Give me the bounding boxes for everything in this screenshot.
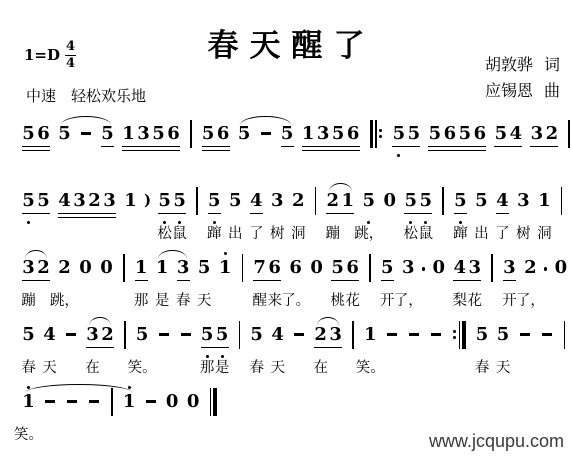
note-group: 5656 — [427, 116, 487, 176]
dash-bar — [45, 400, 55, 403]
octave-dot-slot — [502, 250, 517, 257]
note-group: 5那5是 — [200, 317, 230, 377]
dash-bar — [181, 333, 191, 336]
underline — [58, 213, 116, 214]
octave-dot-slot — [452, 250, 467, 257]
note-cell: 1 — [123, 183, 138, 243]
note-digit: 2 — [88, 190, 101, 212]
underline — [135, 280, 148, 281]
lyric: 鼠 — [172, 225, 187, 243]
underline — [302, 146, 360, 147]
underline — [404, 213, 432, 214]
octave-dot-below — [424, 221, 427, 224]
lyric: 春 — [21, 359, 36, 377]
octave-dot-below — [409, 221, 412, 224]
lyric: 出 — [228, 225, 243, 243]
note: 0 — [553, 250, 568, 310]
octave-dot-slot — [544, 116, 559, 123]
underline — [503, 280, 516, 281]
note-digit: 1 — [342, 190, 355, 212]
octave-dot-slot — [57, 219, 72, 225]
octave-dot-slot — [218, 286, 233, 292]
note-cell: 6了。 — [288, 250, 303, 310]
note-group: 2蹦1 — [325, 183, 355, 243]
octave-dot-slot — [57, 152, 72, 158]
octave-dot-slot — [280, 152, 295, 158]
repeat-dot — [379, 129, 382, 132]
octave-dot-below — [27, 221, 30, 224]
note: 5春 — [249, 317, 264, 377]
octave-dot-slot — [382, 219, 397, 225]
octave-dot-slot — [57, 183, 72, 190]
music-line-3: 3蹦22跳，001那1是3春5天17醒6来6了。05桃6花5开3了，04梨3花3… — [18, 250, 572, 310]
lyric: 花 — [345, 292, 360, 310]
underline — [381, 280, 394, 281]
note: 0 — [431, 250, 446, 310]
octave-dot-slot — [42, 317, 57, 324]
underline-space — [270, 346, 285, 353]
note-digit: 5 — [393, 123, 406, 145]
note-digit: 1 — [156, 257, 169, 279]
octave-dot-slot — [457, 116, 472, 123]
note-cell: 2跳， — [57, 250, 72, 310]
note-cell: 4天 — [42, 317, 57, 377]
underline — [86, 347, 114, 348]
note-digit: 3 — [73, 190, 86, 212]
note-cell: 3了， — [401, 250, 416, 310]
lyric: 洞 — [291, 225, 306, 243]
bar-line — [564, 321, 566, 349]
octave-dot-slot — [493, 116, 508, 123]
octave-dot-slot — [529, 116, 544, 123]
dash — [66, 317, 76, 336]
note-cell: 5春 — [475, 317, 490, 377]
octave-dot-slot — [427, 152, 442, 158]
octave-dot-slot — [200, 317, 215, 324]
octave-dot-slot — [431, 286, 446, 292]
dash — [542, 317, 552, 336]
note-cell: 5蹿 — [453, 183, 468, 243]
bar-line — [459, 321, 461, 349]
note: 5出 — [228, 183, 243, 243]
octave-dot-slot — [427, 116, 442, 123]
note: 5天 — [496, 317, 511, 377]
note-cell: 5开 — [380, 250, 395, 310]
underline — [253, 280, 281, 281]
octave-dot-slot — [21, 219, 36, 225]
lyric: 松 — [157, 225, 172, 243]
lyric: 那 — [134, 292, 149, 310]
octave-dot-slot — [87, 219, 102, 225]
octave-dot-slot — [21, 116, 36, 123]
octave-dot-slot — [78, 250, 93, 257]
octave-dot-slot — [475, 317, 490, 324]
note: 1是 — [155, 250, 170, 310]
note-cell: 1那 — [134, 250, 149, 310]
dash — [431, 317, 441, 336]
note-digit: 5 — [250, 324, 263, 346]
octave-dot-slot — [406, 152, 421, 158]
octave-dot-slot — [102, 183, 117, 190]
note-group: 5松5鼠 — [403, 183, 433, 243]
composer-role: 曲 — [544, 81, 560, 100]
octave-dot-slot — [123, 219, 138, 225]
bar-line — [315, 187, 317, 215]
octave-dot-slot — [100, 353, 115, 359]
octave-dot-slot — [249, 317, 264, 324]
lyric: 春 — [475, 359, 490, 377]
note-digit: 5 — [454, 190, 467, 212]
octave-dot-slot — [288, 250, 303, 257]
octave-dot-slot — [467, 250, 482, 257]
note-cell: 4了 — [249, 183, 264, 243]
note: 0 — [186, 384, 201, 444]
note: 0 — [309, 250, 324, 310]
note-cell: 5笑。 — [135, 317, 150, 377]
note-cell: 5 — [57, 116, 72, 176]
underline — [202, 150, 230, 151]
octave-dot-slot — [72, 183, 87, 190]
note-digit: 6 — [167, 123, 180, 145]
octave-dot-slot — [121, 116, 136, 123]
note-digit: 1 — [124, 190, 137, 212]
note-cell: 0 — [309, 250, 324, 310]
note-cell: 5 — [237, 116, 252, 176]
repeat-dot — [379, 135, 382, 138]
lyric: 天 — [42, 359, 57, 377]
watermark-url: www.jcqupu.com — [429, 431, 564, 452]
note-group: 7醒6来 — [252, 250, 282, 310]
lyric: 蹦 — [21, 292, 36, 310]
note-digit: 6 — [347, 123, 360, 145]
bar-line — [491, 254, 493, 282]
bar-line — [352, 321, 354, 349]
underline-space — [197, 279, 212, 286]
note-cell: 1笑。 — [363, 317, 378, 377]
underline-space — [21, 413, 36, 420]
underline — [250, 213, 263, 214]
note-digit: 5 — [495, 123, 508, 145]
dash — [181, 317, 191, 336]
lyric: 树 — [516, 225, 531, 243]
barline — [560, 183, 564, 215]
octave-dot-slot — [186, 420, 201, 426]
octave-dot-slot — [472, 116, 487, 123]
octave-dot-slot — [553, 286, 568, 292]
bar-line — [190, 120, 192, 148]
dash — [387, 317, 397, 336]
note-digit: 6 — [268, 257, 281, 279]
dash-bar — [520, 333, 530, 336]
note-cell: 2了， — [523, 250, 538, 310]
note-digit: 1 — [364, 324, 377, 346]
note-group: 56 — [201, 116, 231, 176]
octave-dot-slot — [553, 250, 568, 257]
underline-space — [475, 346, 490, 353]
underline — [122, 150, 180, 151]
octave-dot-below — [178, 221, 181, 224]
note: 0 — [99, 250, 114, 310]
underline — [22, 213, 50, 214]
note-digit: 0 — [79, 257, 92, 279]
octave-dot-slot — [228, 183, 243, 190]
slur — [25, 384, 133, 393]
underline-space — [363, 346, 378, 353]
note: 5春 — [475, 317, 490, 377]
note-digit: 5 — [281, 123, 294, 145]
note-digit: 3 — [317, 123, 330, 145]
barline — [238, 317, 242, 349]
note: 5 — [237, 116, 252, 176]
note-cell: 4了 — [495, 183, 510, 243]
underline-space — [537, 212, 552, 219]
note-cell: 5春 — [249, 317, 264, 377]
note-digit: 6 — [346, 257, 359, 279]
note-digit: 0 — [555, 257, 568, 279]
octave-dot-slot — [165, 420, 180, 426]
note-digit: 1 — [22, 391, 35, 413]
underline — [530, 146, 558, 147]
underline — [326, 213, 354, 214]
dash-bar — [159, 333, 169, 336]
bar-line — [568, 120, 570, 148]
underline-space — [309, 279, 324, 286]
octave-dot-below — [397, 154, 400, 157]
lyric: 开 — [502, 292, 517, 310]
underline — [453, 280, 481, 281]
underline — [496, 213, 509, 214]
note-cell: 1笑。 — [21, 384, 36, 444]
barline — [314, 183, 318, 215]
dash-bar — [67, 400, 77, 403]
octave-dot-slot — [331, 152, 346, 158]
lyric: 了， — [394, 292, 423, 310]
note-digit: 2 — [101, 324, 114, 346]
lyric: 笑。 — [356, 359, 385, 377]
note-cell: 0 — [431, 250, 446, 310]
repeat-dot — [453, 336, 456, 339]
duration-dot — [422, 250, 426, 271]
note-group: 4梨3花 — [452, 250, 482, 310]
music-line-2: 5543231)5松5鼠5蹿5出4了3树2洞2蹦15跳，05松5鼠5蹿5出4了3… — [18, 183, 572, 243]
lyric: 天 — [197, 292, 212, 310]
octave-dot-below — [221, 355, 224, 358]
note-digit: 3 — [271, 190, 284, 212]
octave-dot-slot — [151, 152, 166, 158]
octave-dot-slot — [100, 152, 115, 158]
note-digit: 2 — [546, 123, 559, 145]
lyric: 天 — [496, 359, 511, 377]
octave-dot-slot — [122, 420, 137, 426]
barline — [441, 183, 445, 215]
note: 3了， — [401, 250, 416, 310]
octave-dot-slot — [102, 219, 117, 225]
tempo-marking: 中速轻松欢乐地 — [26, 85, 146, 106]
underline-space — [165, 413, 180, 420]
underline — [58, 217, 116, 218]
octave-dot-slot — [201, 152, 216, 158]
lyric: 了。 — [281, 292, 310, 310]
bar-line — [369, 254, 371, 282]
underline-space — [496, 346, 511, 353]
octave-dot-slot — [529, 152, 544, 158]
underline-space — [401, 279, 416, 286]
octave-dot-slot — [216, 152, 231, 158]
lyric: 了 — [495, 225, 510, 243]
octave-dot-slot — [406, 116, 421, 123]
lyric: 洞 — [537, 225, 552, 243]
lyric: 了 — [249, 225, 264, 243]
note-group: 1356 — [121, 116, 181, 176]
octave-dot-slot — [207, 183, 222, 190]
composer-credit: 应锡恩曲 — [485, 78, 560, 104]
lyric: 那 — [200, 359, 215, 377]
underline-space — [122, 413, 137, 420]
score: 565513565655135655565654325543231)5松5鼠5蹿… — [0, 116, 572, 444]
octave-dot-slot — [21, 152, 36, 158]
dash-bar — [431, 333, 441, 336]
note-digit: 5 — [381, 257, 394, 279]
note-digit: 5 — [202, 123, 215, 145]
note-digit: 5 — [459, 123, 472, 145]
octave-dot-slot — [172, 183, 187, 190]
note: 4天 — [42, 317, 57, 377]
lyric: 梨 — [453, 292, 468, 310]
note-digit: 5 — [408, 123, 421, 145]
underline — [302, 150, 360, 151]
note-cell: 0 — [78, 250, 93, 310]
lyric: 蹿 — [453, 225, 468, 243]
note-digit: 5 — [152, 123, 165, 145]
underline — [428, 146, 486, 147]
underline — [208, 213, 221, 214]
underline-space — [135, 346, 150, 353]
octave-dot-slot — [291, 183, 306, 190]
underline-space — [361, 212, 376, 219]
underline — [281, 146, 294, 147]
note-digit: 5 — [208, 190, 221, 212]
note-digit: 6 — [37, 123, 50, 145]
barline — [369, 116, 384, 148]
underline — [101, 146, 114, 147]
dash — [159, 317, 169, 336]
music-line-1: 56551356565513565556565432 — [18, 116, 572, 176]
note-digit: 0 — [384, 190, 397, 212]
note-cell: 5蹿 — [207, 183, 222, 243]
slur-end-mark: ) — [144, 183, 151, 209]
octave-dot-slot — [215, 317, 230, 324]
bar-line — [239, 321, 241, 349]
dash-bar — [294, 333, 304, 336]
repeat-dots — [453, 321, 456, 349]
underline — [331, 280, 359, 281]
note-digit: 5 — [238, 123, 251, 145]
octave-dot-slot — [166, 116, 181, 123]
octave-dot-slot — [216, 116, 231, 123]
underline-space — [553, 279, 568, 286]
octave-dot-slot — [316, 116, 331, 123]
note-cell: 3开 — [502, 250, 517, 310]
bar-line — [561, 187, 563, 215]
octave-dot-slot — [537, 183, 552, 190]
lyric: 跳， — [50, 292, 79, 310]
note-digit: 5 — [136, 324, 149, 346]
barline — [563, 317, 567, 349]
lyric: 笑。 — [128, 359, 157, 377]
lyric: 出 — [474, 225, 489, 243]
lyric: 蹿 — [207, 225, 222, 243]
underline-space — [237, 145, 252, 152]
underline — [177, 280, 190, 281]
note: 2洞 — [291, 183, 306, 243]
underline-space — [474, 212, 489, 219]
header: 1=D 4 4 春天醒了 胡敦骅词 应锡恩曲 中速轻松欢乐地 — [0, 0, 572, 108]
underline-space — [288, 279, 303, 286]
lyric: 花 — [468, 292, 483, 310]
note: 4天 — [270, 317, 285, 377]
octave-dot-slot — [36, 286, 51, 292]
octave-dot-slot — [252, 250, 267, 257]
note-digit: 4 — [510, 123, 523, 145]
note-digit: 5 — [22, 190, 35, 212]
underline — [122, 146, 180, 147]
underline-space — [516, 212, 531, 219]
underline-space — [186, 413, 201, 420]
note-digit: 4 — [496, 190, 509, 212]
note-digit: 5 — [58, 123, 71, 145]
note: 0 — [382, 183, 397, 243]
barline — [567, 116, 571, 148]
lyric: 了， — [516, 292, 545, 310]
note-digit: 6 — [474, 123, 487, 145]
underline-space — [21, 346, 36, 353]
underline — [201, 347, 229, 348]
barline — [351, 317, 355, 349]
note: 5春 — [21, 317, 36, 377]
dash — [409, 317, 419, 336]
note-digit: 3 — [177, 257, 190, 279]
note: 6了。 — [288, 250, 303, 310]
octave-dot-slot — [380, 250, 395, 257]
note-digit: 5 — [332, 123, 345, 145]
underline-space — [155, 279, 170, 286]
dash-bar — [261, 132, 271, 135]
note-cell: 1是 — [155, 250, 170, 310]
octave-dot-slot — [330, 250, 345, 257]
note-digit: 1 — [122, 123, 135, 145]
octave-dot-slot — [21, 183, 36, 190]
underline — [454, 213, 467, 214]
note-group: 1356 — [301, 116, 361, 176]
note: 5天 — [197, 250, 212, 310]
note-digit: 3 — [103, 190, 116, 212]
octave-dot-slot — [361, 183, 376, 190]
note: 0 — [165, 384, 180, 444]
octave-dot-slot — [237, 152, 252, 158]
bar-line-thick — [462, 321, 465, 349]
underline-space — [99, 279, 114, 286]
sheet-music-page: 1=D 4 4 春天醒了 胡敦骅词 应锡恩曲 中速轻松欢乐地 565513565… — [0, 0, 572, 456]
octave-dot-slot — [123, 183, 138, 190]
underline-space — [523, 279, 538, 286]
underline — [428, 150, 486, 151]
octave-dot-slot — [57, 250, 72, 257]
note: 1 — [123, 183, 138, 243]
note-cell: 1 — [122, 384, 137, 444]
note-digit: 4 — [271, 324, 284, 346]
note-digit: 0 — [187, 391, 200, 413]
dash-bar — [146, 400, 156, 403]
